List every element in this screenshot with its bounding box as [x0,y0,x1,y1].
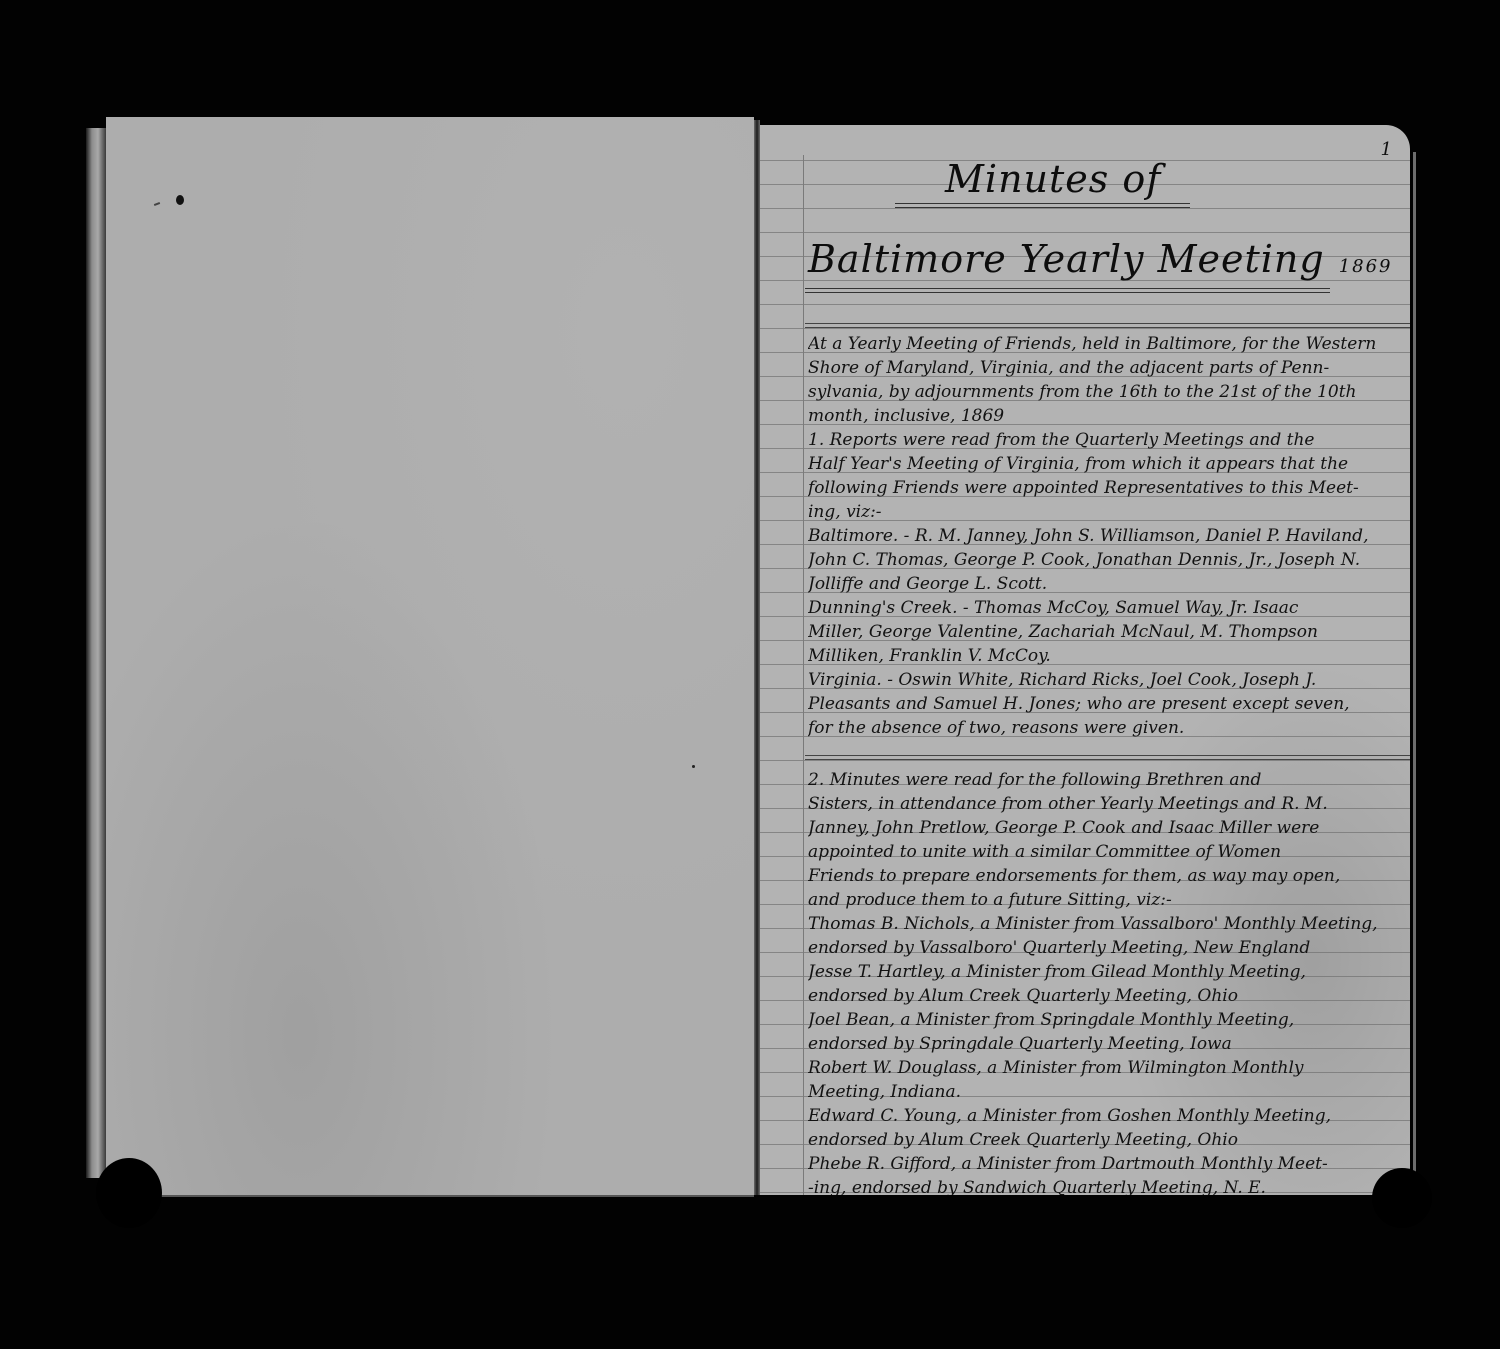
page-corner-cutout [96,1158,162,1228]
margin-line [803,155,804,1195]
ink-mark [154,202,160,206]
text-line: Joel Bean, a Minister from Springdale Mo… [808,1008,1408,1032]
title-minutes-of: Minutes of [945,157,1161,201]
text-line: Friends to prepare endorsements for them… [808,864,1408,888]
text-line: John C. Thomas, George P. Cook, Jonathan… [808,548,1408,572]
minutes-item-2: 2. Minutes were read for the following B… [808,768,1408,1195]
text-line: Jesse T. Hartley, a Minister from Gilead… [808,960,1408,984]
title-underline [895,203,1190,208]
text-line: -ing, endorsed by Sandwich Quarterly Mee… [808,1176,1408,1195]
text-line: Meeting, Indiana. [808,1080,1408,1104]
text-line: Edward C. Young, a Minister from Goshen … [808,1104,1408,1128]
text-line: Robert W. Douglass, a Minister from Wilm… [808,1056,1408,1080]
text-line: Virginia. - Oswin White, Richard Ricks, … [808,668,1408,692]
text-line: Jolliffe and George L. Scott. [808,572,1408,596]
ink-dot [692,765,695,768]
title-meeting-name: Baltimore Yearly Meeting1869 [808,237,1393,281]
text-line: and produce them to a future Sitting, vi… [808,888,1408,912]
text-line: Baltimore. - R. M. Janney, John S. Willi… [808,524,1408,548]
text-line: Pleasants and Samuel H. Jones; who are p… [808,692,1408,716]
text-line: Janney, John Pretlow, George P. Cook and… [808,816,1408,840]
left-page-blank [106,117,754,1197]
page-corner-cutout [1372,1168,1432,1228]
ink-blot [176,195,184,205]
text-line: month, inclusive, 1869 [808,404,1408,428]
page-number: 1 [1381,139,1392,160]
text-line: Phebe R. Gifford, a Minister from Dartmo… [808,1152,1408,1176]
text-line: 2. Minutes were read for the following B… [808,768,1408,792]
text-line: Miller, George Valentine, Zachariah McNa… [808,620,1408,644]
minutes-intro-and-item-1: At a Yearly Meeting of Friends, held in … [808,332,1408,740]
scanned-ledger-image: 1 Minutes of Baltimore Yearly Meeting186… [0,0,1500,1349]
text-line: ing, viz:- [808,500,1408,524]
text-line: endorsed by Alum Creek Quarterly Meeting… [808,984,1408,1008]
text-line: 1. Reports were read from the Quarterly … [808,428,1408,452]
meeting-name: Baltimore Yearly Meeting [808,237,1325,281]
section-divider [805,323,1410,328]
text-line: appointed to unite with a similar Commit… [808,840,1408,864]
text-line: endorsed by Vassalboro' Quarterly Meetin… [808,936,1408,960]
text-line: endorsed by Alum Creek Quarterly Meeting… [808,1128,1408,1152]
title-double-underline [805,288,1330,293]
meeting-year: 1869 [1339,256,1393,277]
page-edge-rule [1413,152,1416,1192]
text-line: sylvania, by adjournments from the 16th … [808,380,1408,404]
text-line: following Friends were appointed Represe… [808,476,1408,500]
text-line: Dunning's Creek. - Thomas McCoy, Samuel … [808,596,1408,620]
text-line: At a Yearly Meeting of Friends, held in … [808,332,1408,356]
book-binding-edge [86,128,106,1178]
text-line: Milliken, Franklin V. McCoy. [808,644,1408,668]
text-line: Half Year's Meeting of Virginia, from wh… [808,452,1408,476]
text-line: Sisters, in attendance from other Yearly… [808,792,1408,816]
section-divider [805,755,1410,760]
text-line: endorsed by Springdale Quarterly Meeting… [808,1032,1408,1056]
text-line: Shore of Maryland, Virginia, and the adj… [808,356,1408,380]
text-line: Thomas B. Nichols, a Minister from Vassa… [808,912,1408,936]
right-page-minutes: 1 Minutes of Baltimore Yearly Meeting186… [760,125,1410,1195]
text-line: for the absence of two, reasons were giv… [808,716,1408,740]
